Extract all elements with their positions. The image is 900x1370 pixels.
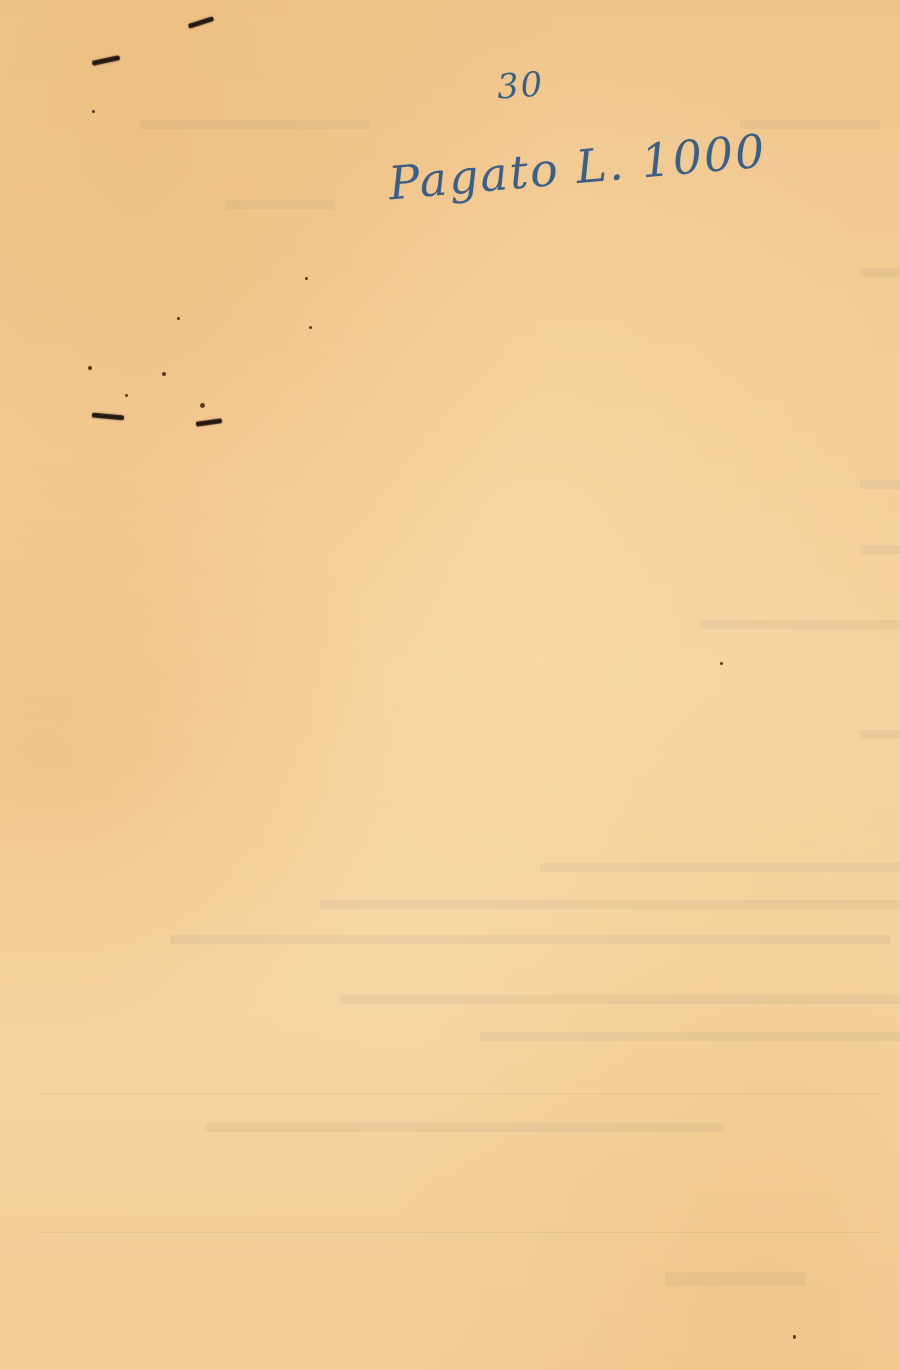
speck [793, 1335, 796, 1339]
speck [92, 110, 95, 113]
bleed-through [860, 480, 900, 489]
bleed-through [860, 545, 900, 554]
bleed-through-rule [40, 1093, 880, 1094]
bleed-through [340, 995, 900, 1004]
bleed-through [225, 200, 335, 209]
staple-mark [188, 16, 214, 29]
speck [88, 366, 92, 370]
speck [305, 277, 308, 280]
speck [162, 372, 166, 376]
staple-mark [92, 413, 124, 421]
speck [720, 662, 723, 665]
handwritten-payment-note: Pagato L. 1000 [386, 124, 768, 211]
bleed-through [700, 620, 900, 629]
bleed-through [540, 863, 900, 872]
bleed-through [320, 900, 900, 909]
handwritten-page-number: 30 [496, 64, 546, 107]
speck [200, 403, 205, 408]
staple-mark [92, 55, 120, 66]
bleed-through [665, 1272, 805, 1286]
bleed-through [860, 730, 900, 739]
bleed-through [205, 1123, 725, 1132]
bleed-through [170, 935, 890, 944]
document-page: 30 Pagato L. 1000 [0, 0, 900, 1370]
bleed-through-rule [40, 1232, 880, 1233]
staple-mark [196, 418, 222, 427]
speck [125, 394, 128, 397]
speck [309, 326, 312, 329]
bleed-through [140, 120, 370, 129]
bleed-through [480, 1032, 900, 1041]
bleed-through [860, 268, 900, 277]
speck [177, 317, 180, 320]
